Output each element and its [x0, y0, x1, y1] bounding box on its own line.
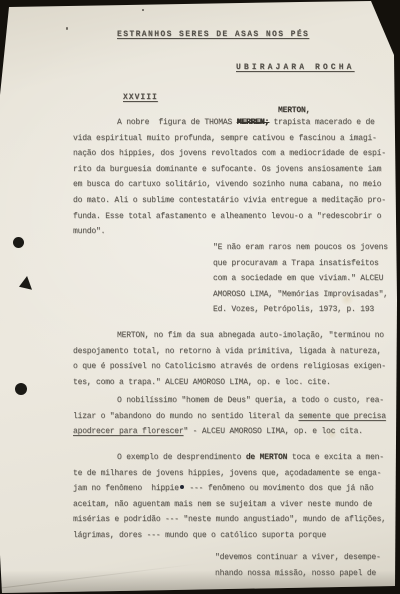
paragraph-line: em busca do cartuxo solitário, vivendo s…: [73, 180, 381, 190]
paragraph-line: do mato. Ali o sublime contestatário viv…: [73, 196, 386, 206]
overtyped-words: de MERTON: [246, 453, 287, 462]
typed-correction: MERTON,: [278, 106, 310, 116]
paragraph-line: funda. Esse total afastamento e alheamen…: [73, 212, 381, 222]
paragraph-line: tes, como a trapa." ALCEU AMOROSO LIMA, …: [73, 378, 331, 388]
paragraph-line: misérias e podridão --- "neste mundo ang…: [73, 515, 386, 525]
quote-line: Ed. Vozes, Petrópolis, 1973, p. 193: [213, 305, 374, 315]
quote-line: "E não eram raros nem poucos os jovens: [213, 243, 388, 253]
quote-line: "devemos continuar a viver, desempe-: [215, 553, 381, 563]
line-segment: A nobre figura de THOMAS: [117, 118, 237, 127]
doc-title: ESTRANHOS SERES DE ASAS NOS PÉS: [117, 30, 309, 40]
paragraph-line: despojamento total, no retorno à vida pr…: [73, 347, 381, 357]
paragraph-line: te de milhares de jovens hippies, jovens…: [73, 469, 381, 479]
paper-crease: [0, 563, 199, 590]
line-segment: " - ALCEU AMOROSO LIMA, op. e loc cita.: [183, 427, 362, 436]
line-segment: trapista macerado e de: [269, 118, 375, 127]
paragraph-line: lizar o "abandono do mundo no sentido li…: [73, 412, 386, 422]
paragraph-line: o que é possível no Catolicismo através …: [73, 362, 386, 372]
photo-of-typewritten-page: ESTRANHOS SERES DE ASAS NOS PÉS UBIRAJAR…: [0, 0, 400, 594]
paragraph-line: lágrimas, dores --- mundo que o católico…: [73, 531, 326, 541]
paper-sheet: ESTRANHOS SERES DE ASAS NOS PÉS UBIRAJAR…: [0, 0, 400, 594]
paragraph-line: MERTON, no fim da sua abnegada auto-imol…: [117, 331, 384, 341]
ink-blot: [180, 485, 184, 489]
punch-mark-circle: [13, 237, 24, 248]
line-segment: O exemplo de desprendimento: [117, 453, 246, 462]
paragraph-line: O exemplo de desprendimento de MERTON to…: [117, 453, 384, 463]
paragraph-line: vida espiritual muito profunda, sempre c…: [73, 134, 377, 144]
doc-author: UBIRAJARA ROCHA: [236, 63, 355, 73]
punch-mark-circle: [15, 383, 27, 395]
quote-line: que procuravam a Trapa insatisfeitos: [213, 259, 379, 269]
paragraph-line: rito da burguesia dominante e sufocante.…: [73, 165, 381, 175]
paragraph-line: A nobre figura de THOMAS MERREN; trapist…: [117, 118, 375, 128]
punch-mark-triangle: [19, 276, 32, 291]
paragraph-line: O nobilíssimo "homem de Deus" queria, a …: [117, 396, 384, 406]
underlined-phrase: semente que precisa: [298, 412, 385, 421]
line-segment: lizar o "abandono do mundo no sentido li…: [73, 412, 298, 421]
line-segment: jam no fenômeno hippie: [73, 484, 179, 493]
paragraph-line: apodrecer para florescer" - ALCEU AMOROS…: [73, 427, 363, 437]
paragraph-line: jam no fenômeno hippie --- fenômeno ou m…: [73, 484, 373, 494]
underlined-phrase: apodrecer para florescer: [73, 427, 183, 436]
chapter-heading: XXVIII: [123, 93, 158, 103]
paragraph-line: nação dos hippies, dos jovens revoltados…: [73, 149, 386, 159]
quote-line: AMOROSO LIMA, "Memórias Improvisadas",: [213, 290, 388, 300]
paper-speck: [66, 27, 68, 30]
struck-out-word: MERREN;: [237, 118, 269, 127]
line-segment: --- fenômeno ou movimento dos que já não: [185, 484, 374, 493]
paragraph-line: aceitam, não aguentam mais nem se sujeit…: [73, 500, 372, 510]
quote-line: com a sociedade em que viviam." ALCEU: [213, 274, 383, 284]
paper-speck: [142, 9, 144, 11]
paragraph-line: mundo".: [73, 227, 105, 237]
quote-line: nhando nossa missão, nosso papel de: [215, 569, 376, 579]
line-segment: toca e excita a men-: [287, 453, 384, 462]
